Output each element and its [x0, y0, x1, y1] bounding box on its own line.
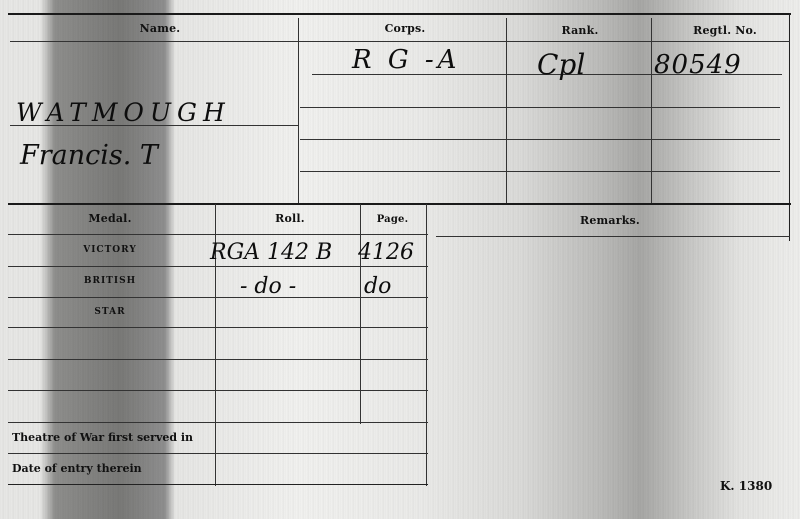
remarks-divider	[426, 204, 427, 486]
rule	[300, 107, 780, 108]
rule	[300, 139, 780, 140]
section-divider	[8, 203, 791, 205]
regtl-no-value: 80549	[654, 50, 742, 80]
medal-header: Medal.	[70, 212, 150, 225]
surname-value: WATMOUGH	[16, 98, 231, 127]
british-page-value: do	[364, 274, 391, 299]
corps-value: R G -A	[352, 45, 460, 75]
rule	[8, 422, 428, 423]
roll-header: Roll.	[250, 212, 330, 225]
rank-header: Rank.	[540, 24, 620, 37]
rank-value: Cpl	[537, 48, 585, 81]
bottom-rule	[8, 484, 428, 485]
rule	[8, 359, 428, 360]
forenames-value: Francis. T	[20, 140, 158, 171]
rule	[8, 266, 428, 267]
remarks-header-rule	[436, 236, 790, 237]
regtl-divider	[651, 18, 652, 203]
page-header: Page.	[365, 214, 420, 225]
regtl-no-header: Regtl. No.	[675, 24, 775, 37]
medal-index-card: Name. Corps. Rank. Regtl. No. WATMOUGH F…	[0, 0, 800, 519]
corps-divider	[298, 18, 299, 203]
rank-divider	[506, 18, 507, 203]
remarks-header: Remarks.	[560, 214, 660, 227]
medal-row-british-label: British	[60, 276, 160, 286]
date-entry-label: Date of entry therein	[12, 462, 142, 475]
corps-header: Corps.	[360, 22, 450, 35]
name-header: Name.	[110, 22, 210, 35]
page-divider	[360, 204, 361, 424]
top-border	[8, 13, 791, 15]
rule	[8, 327, 428, 328]
medal-row-star-label: Star	[60, 307, 160, 317]
rule	[8, 390, 428, 391]
medal-row-victory-label: Victory	[60, 245, 160, 255]
theatre-label: Theatre of War first served in	[12, 431, 193, 444]
card-right-border	[789, 13, 790, 241]
victory-roll-value: RGA 142 B	[210, 240, 332, 265]
top-header-rule	[10, 41, 790, 42]
rule	[300, 171, 780, 172]
victory-page-value: 4126	[358, 240, 414, 265]
rule	[8, 453, 428, 454]
form-number: K. 1380	[720, 479, 772, 493]
british-roll-value: - do -	[240, 274, 296, 299]
medal-header-rule	[8, 234, 428, 235]
